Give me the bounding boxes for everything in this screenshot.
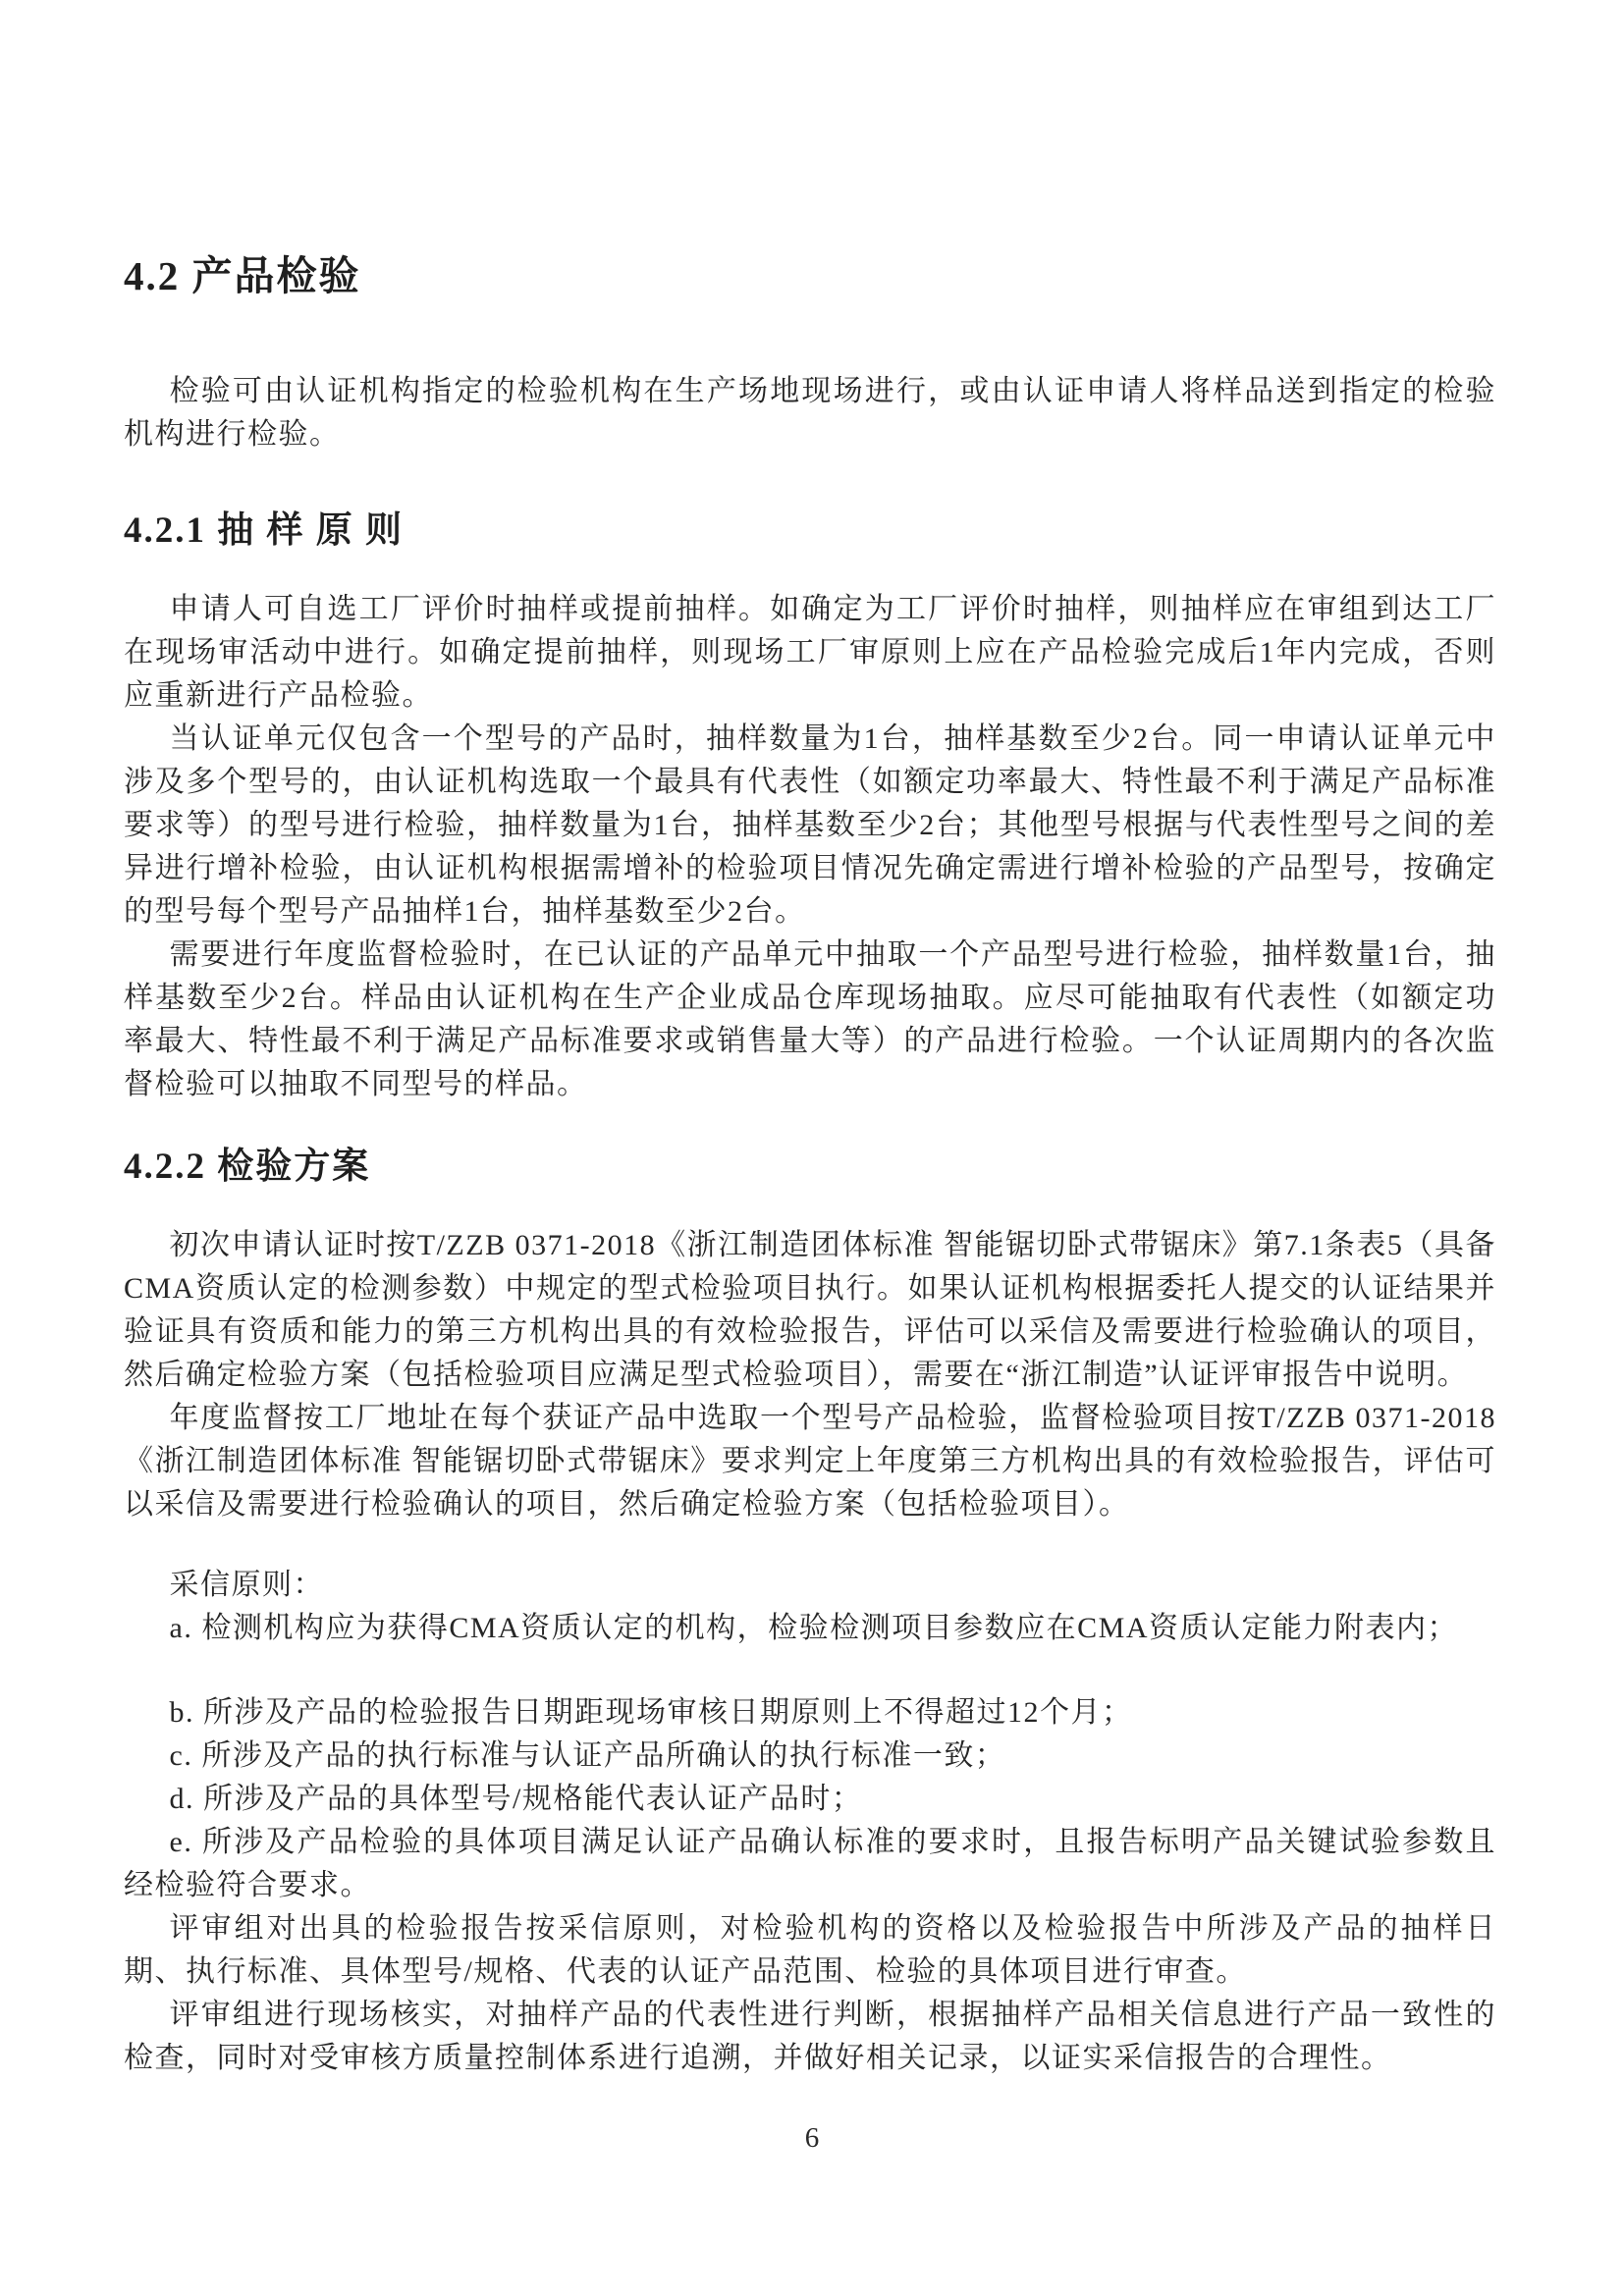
- paragraph-4-2-1-sampling-quantity: 当认证单元仅包含一个型号的产品时，抽样数量为1台，抽样基数至少2台。同一申请认证…: [124, 718, 1496, 934]
- adoption-principles-label: 采信原则：: [124, 1564, 1496, 1607]
- paragraph-4-2-2-report-review: 评审组对出具的检验报告按采信原则，对检验机构的资格以及检验报告中所涉及产品的抽样…: [124, 1907, 1496, 1994]
- document-page: 4.2 产品检验 检验可由认证机构指定的检验机构在生产场地现场进行，或由认证申请…: [0, 0, 1624, 2296]
- list-item-d: d. 所涉及产品的具体型号/规格能代表认证产品时；: [124, 1778, 1496, 1821]
- paragraph-4-2-2-onsite-verification: 评审组进行现场核实，对抽样产品的代表性进行判断，根据抽样产品相关信息进行产品一致…: [124, 1994, 1496, 2080]
- heading-4-2-1: 4.2.1 抽 样 原 则: [124, 500, 1496, 553]
- list-item-b: b. 所涉及产品的检验报告日期距现场审核日期原则上不得超过12个月；: [124, 1691, 1496, 1735]
- paragraph-4-2-1-supervision-sampling: 需要进行年度监督检验时，在已认证的产品单元中抽取一个产品型号进行检验，抽样数量1…: [124, 934, 1496, 1106]
- list-item-a: a. 检测机构应为获得CMA资质认定的机构，检验检测项目参数应在CMA资质认定能…: [124, 1607, 1496, 1650]
- paragraph-4-2-2-annual-supervision: 年度监督按工厂地址在每个获证产品中选取一个型号产品检验，监督检验项目按T/ZZB…: [124, 1397, 1496, 1526]
- paragraph-4-2-intro: 检验可由认证机构指定的检验机构在生产场地现场进行，或由认证申请人将样品送到指定的…: [124, 370, 1496, 456]
- paragraph-4-2-2-initial-certification: 初次申请认证时按T/ZZB 0371-2018《浙江制造团体标准 智能锯切卧式带…: [124, 1224, 1496, 1397]
- heading-4-2-2: 4.2.2 检验方案: [124, 1136, 1496, 1189]
- list-item-c: c. 所涉及产品的执行标准与认证产品所确认的执行标准一致；: [124, 1735, 1496, 1778]
- heading-4-2: 4.2 产品检验: [124, 243, 1496, 301]
- page-number: 6: [0, 2122, 1624, 2155]
- list-item-e: e. 所涉及产品检验的具体项目满足认证产品确认标准的要求时，且报告标明产品关键试…: [124, 1821, 1496, 1907]
- paragraph-4-2-1-sampling-timing: 申请人可自选工厂评价时抽样或提前抽样。如确定为工厂评价时抽样，则抽样应在审组到达…: [124, 588, 1496, 718]
